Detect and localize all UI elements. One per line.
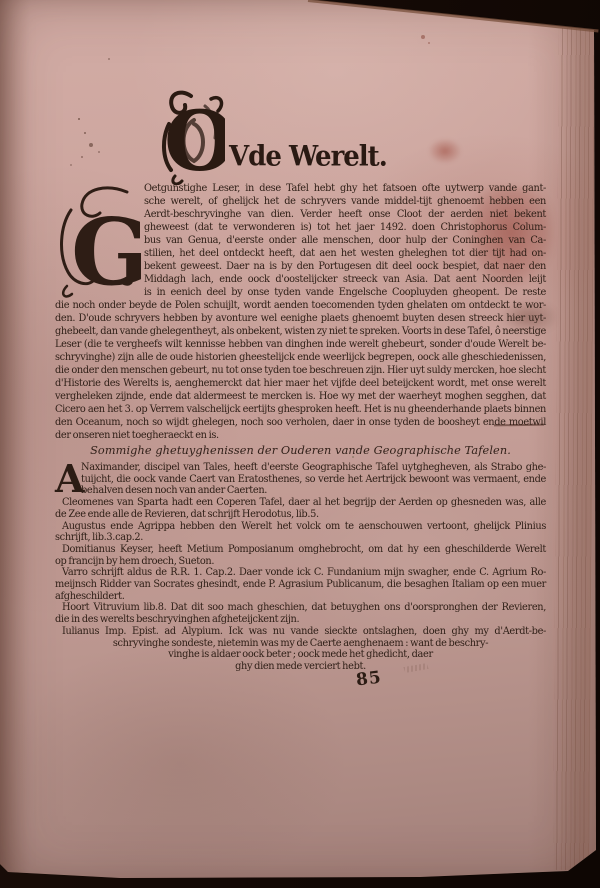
entry-iulianus: Iulianus Imp. Epist. ad Alypium. Ick was… — [55, 626, 546, 673]
text-line: ghebeelt, dan vande ghelegentheyt, als o… — [55, 325, 546, 338]
entry-varro: Varro schrijft aldus de R.R. 1. Cap.2. D… — [55, 567, 546, 602]
text-line: vergheleken zijnde, ende dat aldermeest … — [55, 390, 546, 403]
entry-domitianus: Domitianus Keyser, heeft Metium Pomposia… — [55, 544, 546, 567]
text-line: meijnsch Ridder van Socrates ghesindt, e… — [55, 579, 546, 591]
text-line: Cicero aen het 3. op Verrem valschelijck… — [55, 403, 546, 416]
title-initial: O — [164, 94, 225, 185]
entry-lines: Hoort Vitruvium lib.8. Dat dit soo mach … — [55, 602, 546, 625]
text-line: schryvinghe sondeste, nietemin was my de… — [55, 638, 546, 650]
entry-vitruvius: Hoort Vitruvium lib.8. Dat dit soo mach … — [55, 602, 546, 625]
text-line: Domitianus Keyser, heeft Metium Pomposia… — [55, 544, 546, 556]
text-line: den. D'oude schryvers hebben by avonture… — [55, 312, 546, 325]
entry-lines: Cleomenes van Sparta hadt een Coperen Ta… — [55, 497, 546, 520]
entry-lines: Naximander, discipel van Tales, heeft d'… — [55, 462, 546, 497]
text-line: schryvinghe) zijn alle de oude historien… — [55, 351, 546, 364]
text-line: Iulianus Imp. Epist. ad Alypium. Ick was… — [55, 626, 546, 638]
entry-lines: Varro schrijft aldus de R.R. 1. Cap.2. D… — [55, 567, 546, 602]
entry-cleomenes: Cleomenes van Sparta hadt een Coperen Ta… — [55, 497, 546, 520]
text-line: d'Historie des Werelts is, aenghemerckt … — [55, 377, 546, 390]
dropcap-letter: G — [71, 198, 141, 299]
ornate-initial-O: O — [161, 86, 225, 185]
entry-augustus-agrippa: Augustus ende Agrippa hebben den Werelt … — [55, 521, 546, 544]
page-number: 85 — [355, 668, 383, 691]
text-line: den Oceanum, noch so wijdt ghelegen, noc… — [55, 416, 546, 429]
book-page: O Vde Werelt. G Oetgunstighe Leser, in d… — [0, 0, 600, 888]
text-line: der onseren niet toegheraeckt en is. — [55, 429, 546, 442]
ink-stain — [428, 138, 462, 164]
intro-full-lines: die noch onder beyde de Polen schuijlt, … — [55, 299, 546, 442]
text-line: tuijcht, die oock vande Caert van Eratos… — [55, 474, 546, 486]
text-line: Naximander, discipel van Tales, heeft d'… — [55, 462, 546, 474]
text-line: vinghe is aldaer oock beter ; oock mede … — [55, 649, 546, 661]
text-line: Varro schrijft aldus de R.R. 1. Cap.2. D… — [55, 567, 546, 579]
text-line: Augustus ende Agrippa hebben den Werelt … — [55, 521, 546, 533]
book-photo: O Vde Werelt. G Oetgunstighe Leser, in d… — [0, 0, 600, 888]
intro-paragraph: G Oetgunstighe Leser, in dese Tafel hebt… — [55, 182, 546, 442]
section-heading: Sommighe ghetuyghenissen der Ouderen van… — [55, 444, 546, 457]
drop-cap-G: G — [55, 182, 141, 299]
entry-anaximander: A Naximander, discipel van Tales, heeft … — [55, 462, 546, 497]
title-text: Vde Werelt. — [229, 141, 387, 173]
foxing-specks — [78, 118, 80, 120]
text-line: Cleomenes van Sparta hadt een Coperen Ta… — [55, 497, 546, 509]
text-line: ghy dien mede verciert hebt. — [55, 661, 546, 673]
page-fore-edge — [553, 28, 595, 870]
drop-cap-A: A — [55, 462, 79, 497]
text-line: die noch onder beyde de Polen schuijlt, … — [55, 299, 546, 312]
entry-lines: Iulianus Imp. Epist. ad Alypium. Ick was… — [55, 626, 546, 673]
text-line: Hoort Vitruvium lib.8. Dat dit soo mach … — [55, 602, 546, 614]
page-title: O Vde Werelt. — [161, 86, 387, 185]
testimonies-section: A Naximander, discipel van Tales, heeft … — [55, 462, 546, 673]
text-line: de Zee ende alle de Revieren, dat schrij… — [55, 509, 546, 521]
text-line: op francijn by hem droech, Sueton. — [55, 556, 546, 568]
text-line: afgheschildert. — [55, 591, 546, 603]
text-line: die in des werelts beschryvinghen afghet… — [55, 614, 546, 626]
text-line: Leser (die te vergheefs wilt kennisse he… — [55, 338, 546, 351]
text-line: die onder den menschen gebeurt, nu tot o… — [55, 364, 546, 377]
entry-lines: Domitianus Keyser, heeft Metium Pomposia… — [55, 544, 546, 567]
text-line: behalven desen noch van ander Caerten. — [55, 485, 546, 497]
entry-lines: Augustus ende Agrippa hebben den Werelt … — [55, 521, 546, 544]
dropcap-flourish: G — [55, 182, 141, 299]
text-line: schrijft, lib.3.cap.2. — [55, 532, 546, 544]
